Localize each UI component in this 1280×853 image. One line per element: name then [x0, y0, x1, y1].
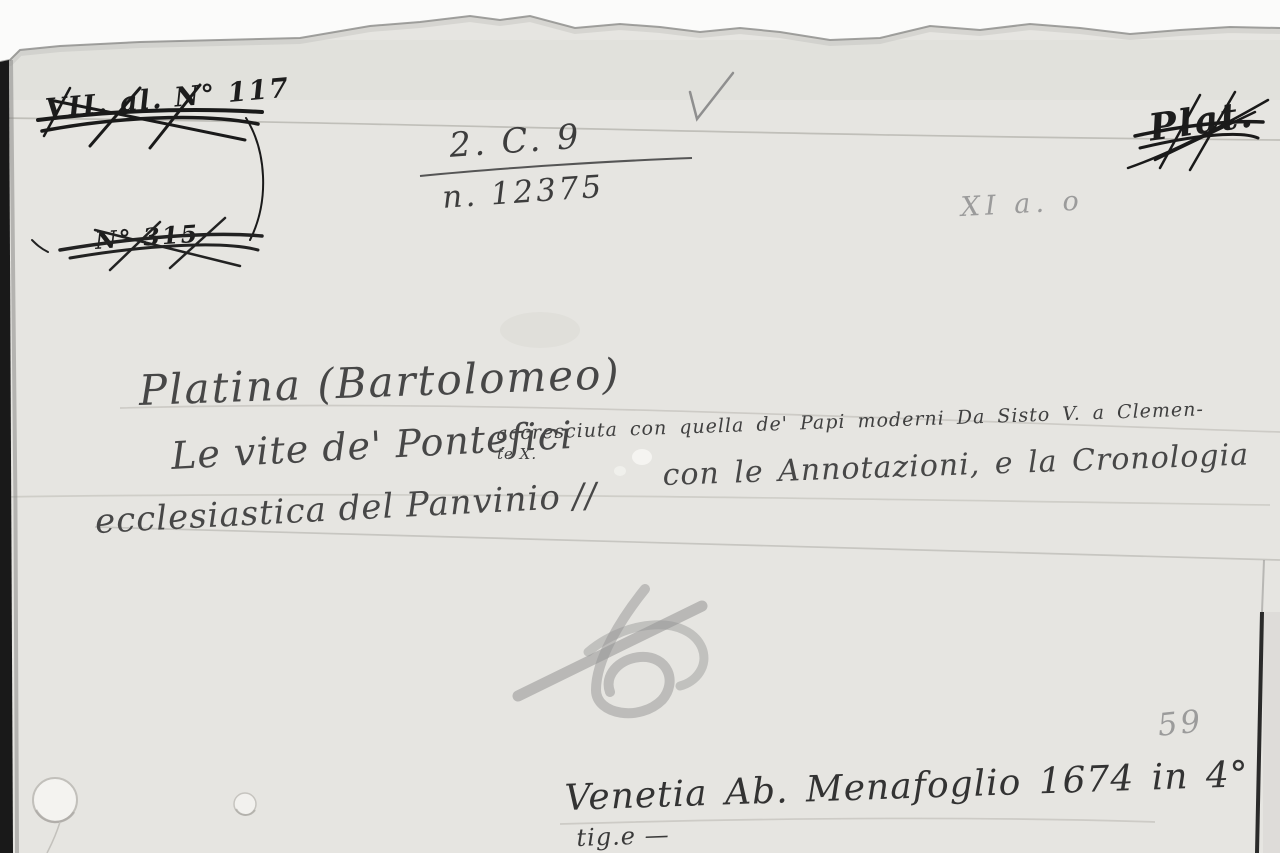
pencil-scribble-6: [518, 589, 704, 713]
catalog-card-scan: VII. al. N° 117 N° 315 Plat. 2. C. 9 n. …: [0, 0, 1280, 853]
strikeout-top-left: [38, 85, 263, 240]
strikeout-top-right: [1128, 92, 1268, 170]
strikeout-left: [32, 218, 262, 270]
pencil-checkmark-icon: [690, 73, 733, 119]
ink-and-pencil-marks: [0, 0, 1280, 853]
class-mark-underline: [420, 158, 692, 176]
